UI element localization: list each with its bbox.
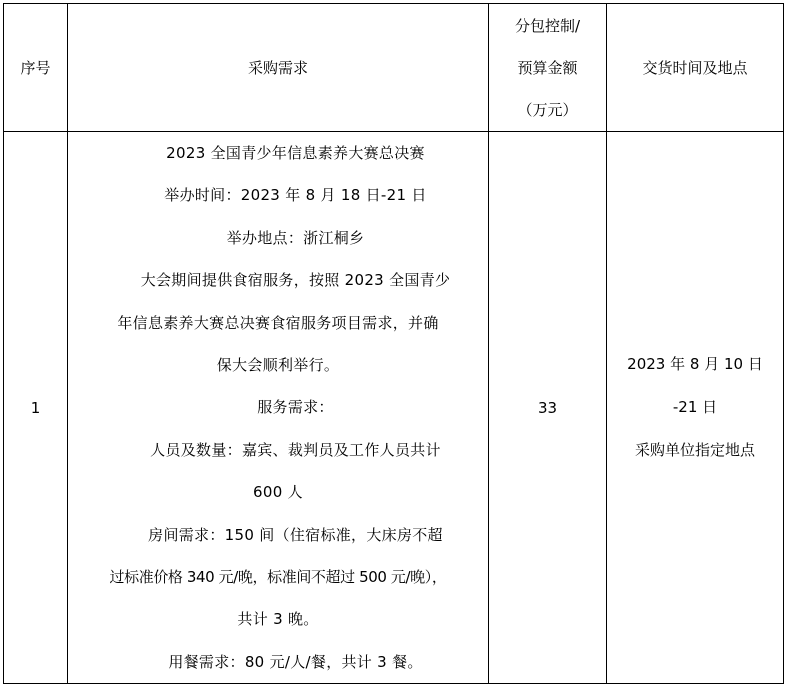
cell-requirement: 2023 全国青少年信息素养大赛总决赛 举办时间：2023 年 8 月 18 日… <box>68 132 489 684</box>
req-line: 举办时间：2023 年 8 月 18 日-21 日 <box>68 174 488 216</box>
cell-seq: 1 <box>4 132 68 684</box>
req-line: 2023 全国青少年信息素养大赛总决赛 <box>68 132 488 174</box>
delivery-line: -21 日 <box>607 386 783 429</box>
header-budget-line: 分包控制/ <box>489 5 606 47</box>
header-seq: 序号 <box>4 4 68 132</box>
req-line: 过标准价格 340 元/晚，标准间不超过 500 元/晚）， <box>68 556 488 598</box>
cell-delivery: 2023 年 8 月 10 日 -21 日 采购单位指定地点 <box>607 132 784 684</box>
req-line: 用餐需求：80 元/人/餐，共计 3 餐。 <box>68 641 488 683</box>
req-line: 大会期间提供食宿服务，按照 2023 全国青少 <box>68 259 488 301</box>
header-delivery: 交货时间及地点 <box>607 4 784 132</box>
header-requirement: 采购需求 <box>68 4 489 132</box>
req-line: 服务需求： <box>68 386 488 428</box>
req-line: 人员及数量：嘉宾、裁判员及工作人员共计 <box>68 429 488 471</box>
req-line: 共计 3 晚。 <box>68 598 488 640</box>
req-line: 房间需求：150 间（住宿标准，大床房不超 <box>68 514 488 556</box>
req-line: 600 人 <box>68 471 488 513</box>
header-budget-line: （万元） <box>489 89 606 131</box>
header-budget: 分包控制/ 预算金额 （万元） <box>489 4 607 132</box>
req-line: 保大会顺利举行。 <box>68 344 488 386</box>
header-budget-line: 预算金额 <box>489 47 606 89</box>
req-line: 举办地点：浙江桐乡 <box>68 217 488 259</box>
delivery-line: 采购单位指定地点 <box>607 429 783 472</box>
cell-budget: 33 <box>489 132 607 684</box>
table-row: 1 2023 全国青少年信息素养大赛总决赛 举办时间：2023 年 8 月 18… <box>4 132 784 684</box>
header-row: 序号 采购需求 分包控制/ 预算金额 （万元） 交货时间及地点 <box>4 4 784 132</box>
procurement-table: 序号 采购需求 分包控制/ 预算金额 （万元） 交货时间及地点 1 2023 全… <box>3 3 784 684</box>
req-line: 年信息素养大赛总决赛食宿服务项目需求，并确 <box>68 302 488 344</box>
delivery-line: 2023 年 8 月 10 日 <box>607 343 783 386</box>
